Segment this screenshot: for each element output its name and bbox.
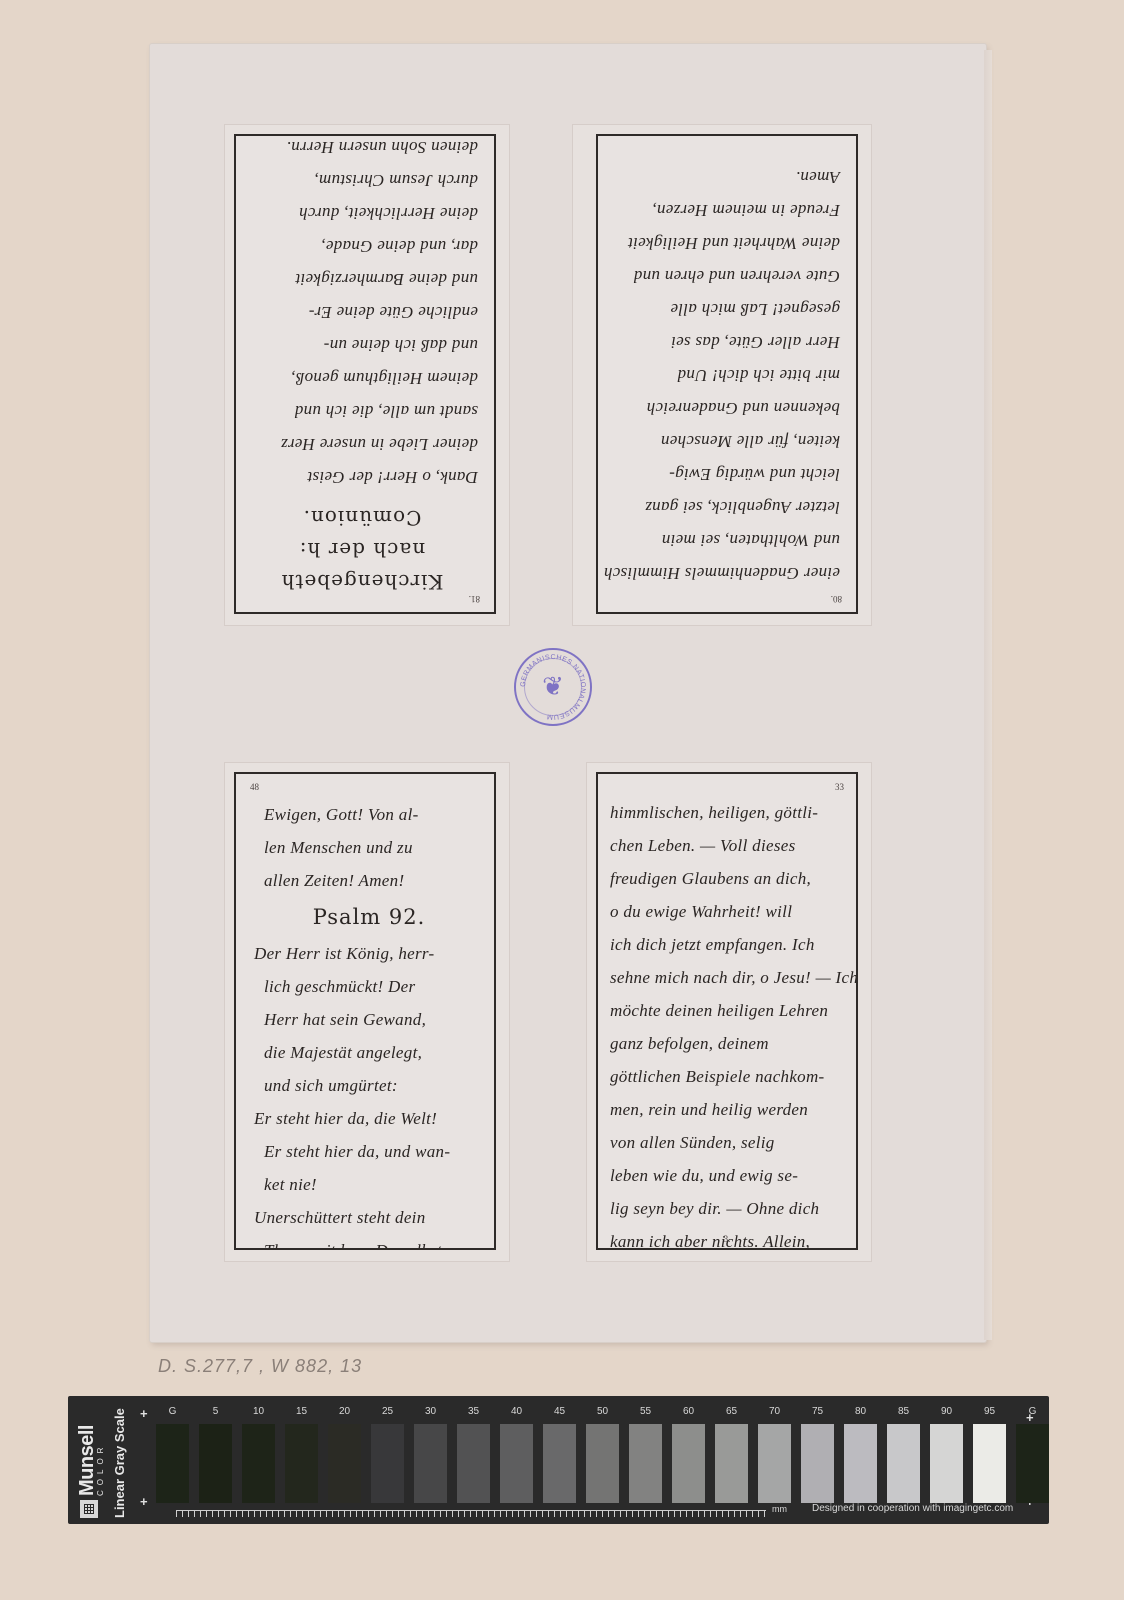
psalm-heading: Psalm 92. [254, 897, 484, 937]
text-line: men, rein und heilig werden [610, 1093, 846, 1126]
page-number: 33 [835, 782, 844, 792]
text-line: Freude in meinem Herzen, [608, 194, 840, 227]
munsell-branding: Munsell COLOR Linear Gray Scale [74, 1400, 134, 1520]
gray-patch: 85 [887, 1406, 920, 1503]
gray-patch: 40 [500, 1406, 533, 1503]
shelfmark-annotation: D. S.277,7 , W 882, 13 [158, 1356, 362, 1377]
text-line: Er steht hier da, und wan- [254, 1135, 484, 1168]
text-line: Der Herr ist König, herr- [254, 937, 484, 970]
text-line: deiner Liebe in unsere Herz [246, 428, 478, 461]
gray-patch: 65 [715, 1406, 748, 1503]
text-line: freudigen Glaubens an dich, [610, 862, 846, 895]
text-line: Gute verehren und ehren und [608, 260, 840, 293]
gray-patch: 50 [586, 1406, 619, 1503]
text-line: gesegnet! Laß mich alle [608, 293, 840, 326]
text-line: einer Gnadenhimmels Himmlisch [608, 557, 840, 590]
text-line: ganz befolgen, deinem [610, 1027, 846, 1060]
text-line: deine Herrlichkeit, durch [246, 197, 478, 230]
gray-patch: 30 [414, 1406, 447, 1503]
text-line: ich dich jetzt empfangen. Ich [610, 928, 846, 961]
text-line: göttlichen Beispiele nachkom- [610, 1060, 846, 1093]
text-line: len Menschen und zu [254, 831, 484, 864]
text-line: von allen Sünden, selig [610, 1126, 846, 1159]
munsell-logo-icon [80, 1500, 98, 1518]
text-line: und deine Barmherzigkeit [246, 263, 478, 296]
gray-patch: 55 [629, 1406, 662, 1503]
gray-patches: G 5 10 15 20 25 30 35 40 45 50 55 60 65 … [156, 1406, 1049, 1503]
text-line: Herr hat sein Gewand, [254, 1003, 484, 1036]
gray-patch: 60 [672, 1406, 705, 1503]
text-line: Herr aller Güte, das sei [608, 326, 840, 359]
text-line: mir bitte ich dich! Und [608, 359, 840, 392]
footer-page-number: 3. [724, 1234, 731, 1244]
gray-patch: 95 [973, 1406, 1006, 1503]
gray-patch: 80 [844, 1406, 877, 1503]
gray-patch: 15 [285, 1406, 318, 1503]
text-line: lig seyn bey dir. — Ohne dich [610, 1192, 846, 1225]
text-line: deinem Heiligthum genoß, [246, 362, 478, 395]
gray-patch: G [156, 1406, 189, 1503]
gray-patch: 5 [199, 1406, 232, 1503]
registration-mark-icon: + [140, 1406, 148, 1421]
text-line: himmlischen, heiligen, göttli- [610, 796, 846, 829]
text-line: sandt um alle, die ich und [246, 395, 478, 428]
text-line: Dank, o Herr! der Geist [246, 461, 478, 494]
registration-mark-icon: + [140, 1494, 148, 1509]
page-number: 48 [250, 782, 259, 792]
text-line: deinen Sohn unsern Herrn. [246, 134, 478, 164]
text-line: möchte deinen heiligen Lehren [610, 994, 846, 1027]
text-line: sehne mich nach dir, o Jesu! — Ich [610, 961, 846, 994]
text-line: Er steht hier da, die Welt! [254, 1102, 484, 1135]
text-line: und sich umgürtet: [254, 1069, 484, 1102]
text-line: endliche Güte deine Er- [246, 296, 478, 329]
text-line: Thron seitdem: Du selbst [254, 1234, 484, 1250]
gray-patch: 10 [242, 1406, 275, 1503]
text-line: keiten, für alle Menschen [608, 425, 840, 458]
museum-stamp: GERMANISCHES NATIONALMUSEUM ❦ [514, 648, 592, 726]
mm-ruler [176, 1510, 766, 1517]
text-line: Amen. [608, 161, 840, 194]
ruler-unit: mm [772, 1504, 787, 1514]
page-bottom-left: 48 Ewigen, Gott! Von al- len Menschen un… [234, 772, 496, 1250]
page-number: 80. [831, 594, 842, 604]
text-line: lich geschmückt! Der [254, 970, 484, 1003]
gray-patch: 90 [930, 1406, 963, 1503]
card-credit: Designed in cooperation with imagingetc.… [812, 1503, 1013, 1514]
text-line: o du ewige Wahrheit! will [610, 895, 846, 928]
text-line: chen Leben. — Voll dieses [610, 829, 846, 862]
gray-patch: 35 [457, 1406, 490, 1503]
text-line: leicht und würdig Ewig- [608, 458, 840, 491]
page-top-right: 80. einer Gnadenhimmels Himmlisch und Wo… [596, 134, 858, 614]
gray-patch: 45 [543, 1406, 576, 1503]
text-line: deine Wahrheit und Heiligkeit [608, 227, 840, 260]
gray-patch: G [1016, 1406, 1049, 1503]
page-top-left: 81. Kirchengebeth nach der h: Comünion. … [234, 134, 496, 614]
page-heading: nach der h: Comünion. [246, 502, 478, 566]
munsell-gray-scale-card: Munsell COLOR Linear Gray Scale + + + + … [68, 1396, 1049, 1524]
gray-patch: 75 [801, 1406, 834, 1503]
text-line: dar, und deine Gnade, [246, 230, 478, 263]
text-line: und Wohlthaten, sei mein [608, 524, 840, 557]
gray-patch: 20 [328, 1406, 361, 1503]
text-line: und daß ich deine un- [246, 329, 478, 362]
page-heading: Kirchengebeth [246, 566, 478, 598]
text-line: ket nie! [254, 1168, 484, 1201]
text-line: Ewigen, Gott! Von al- [254, 798, 484, 831]
text-line: die Majestät angelegt, [254, 1036, 484, 1069]
text-line: letzter Augenblick, sei ganz [608, 491, 840, 524]
gray-patch: 70 [758, 1406, 791, 1503]
gray-patch: 25 [371, 1406, 404, 1503]
eagle-icon: ❦ [542, 674, 564, 700]
text-line: Unerschüttert steht dein [254, 1201, 484, 1234]
text-line: allen Zeiten! Amen! [254, 864, 484, 897]
scale-name: Linear Gray Scale [112, 1408, 127, 1518]
page-bottom-right: 33 himmlischen, heiligen, göttli- chen L… [596, 772, 858, 1250]
text-line: bekennen und Gnadenreich [608, 392, 840, 425]
text-line: leben wie du, und ewig se- [610, 1159, 846, 1192]
text-line: durch Jesum Christum, [246, 164, 478, 197]
brand-sub: COLOR [96, 1443, 105, 1496]
